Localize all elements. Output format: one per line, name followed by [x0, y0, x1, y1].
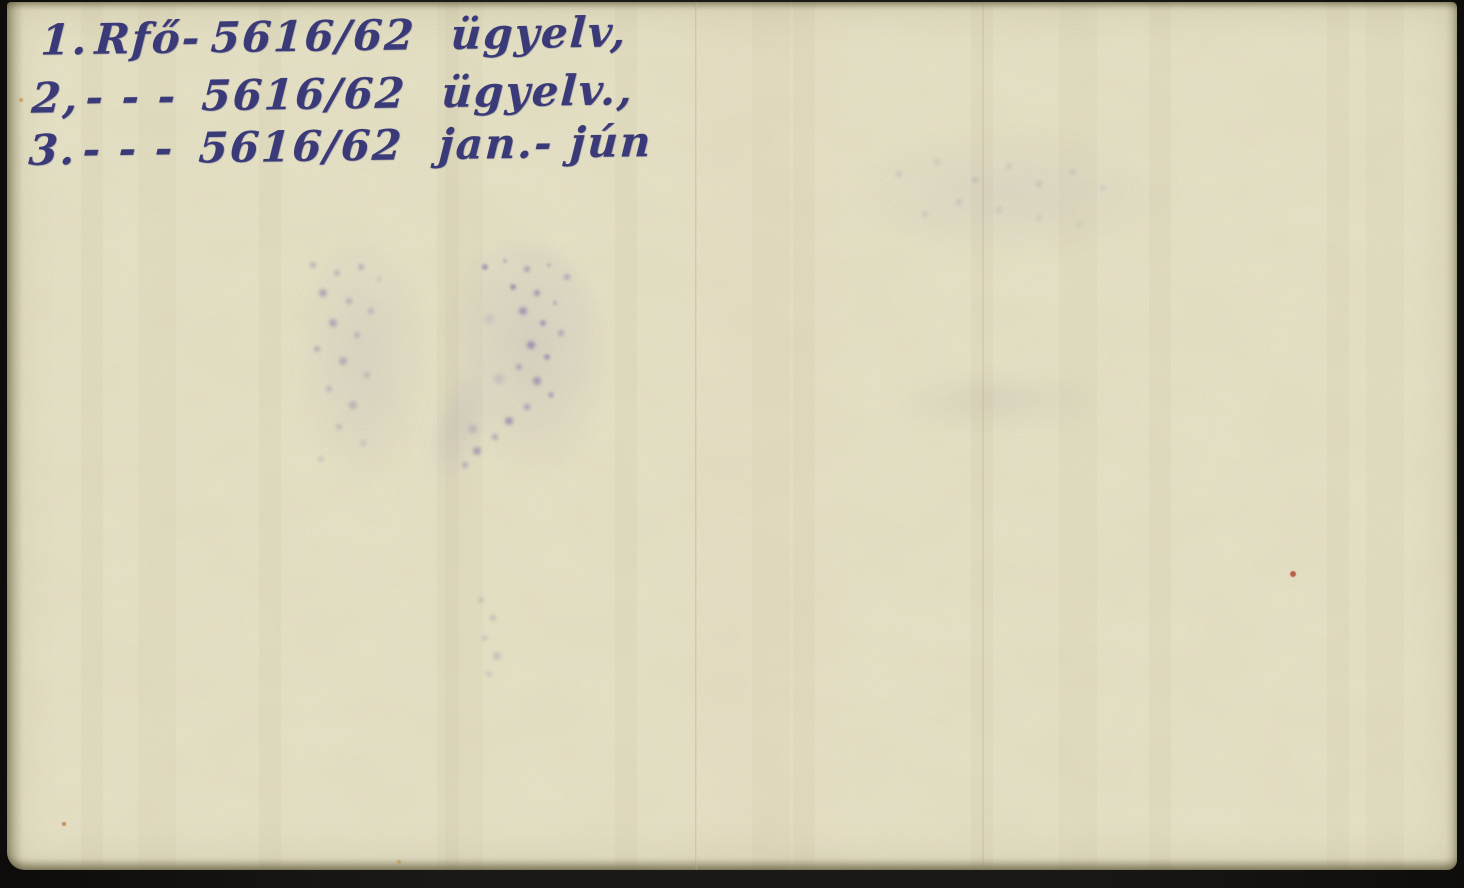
- ink-stain-blob: [292, 242, 432, 492]
- file-number: 5616/62: [209, 10, 452, 62]
- ink-speckle-cluster: [307, 257, 311, 261]
- ditto-mark: - - -: [81, 123, 200, 174]
- scanned-card-photo: 1. Rfő- 5616/62 ügyelv, 2, - - - 5616/62…: [0, 0, 1464, 888]
- smudge-mark: [887, 372, 1107, 432]
- note-word: ügyelv,: [449, 7, 628, 59]
- fold-line-faint: [982, 2, 984, 870]
- handwritten-line: 3. - - - 5616/62 jan.- jún: [27, 117, 654, 175]
- date-range: jan.- jún: [437, 117, 654, 169]
- handwritten-line: 1. Rfő- 5616/62 ügyelv,: [39, 7, 628, 64]
- file-number: 5616/62: [197, 120, 440, 172]
- ditto-mark: - - -: [84, 71, 203, 122]
- ink-stain-drip: [412, 357, 502, 498]
- handwriting-block: 1. Rfő- 5616/62 ügyelv, 2, - - - 5616/62…: [7, 2, 787, 222]
- ink-stain-blob: [857, 127, 1187, 257]
- handwritten-line: 2, - - - 5616/62 ügyelv.,: [30, 65, 635, 122]
- line-number: 1.: [39, 15, 96, 65]
- ink-speckle-cluster: [887, 152, 891, 156]
- ref-abbrev: Rfő-: [93, 13, 212, 64]
- note-word: ügyelv.,: [440, 65, 635, 117]
- line-number: 3.: [27, 125, 84, 175]
- paper-card: 1. Rfő- 5616/62 ügyelv, 2, - - - 5616/62…: [7, 2, 1457, 870]
- ink-speckle-cluster: [475, 592, 479, 596]
- ink-stain-blob: [437, 242, 607, 482]
- file-number: 5616/62: [200, 68, 443, 120]
- line-number: 2,: [30, 73, 87, 123]
- ink-speckle-cluster: [477, 257, 481, 261]
